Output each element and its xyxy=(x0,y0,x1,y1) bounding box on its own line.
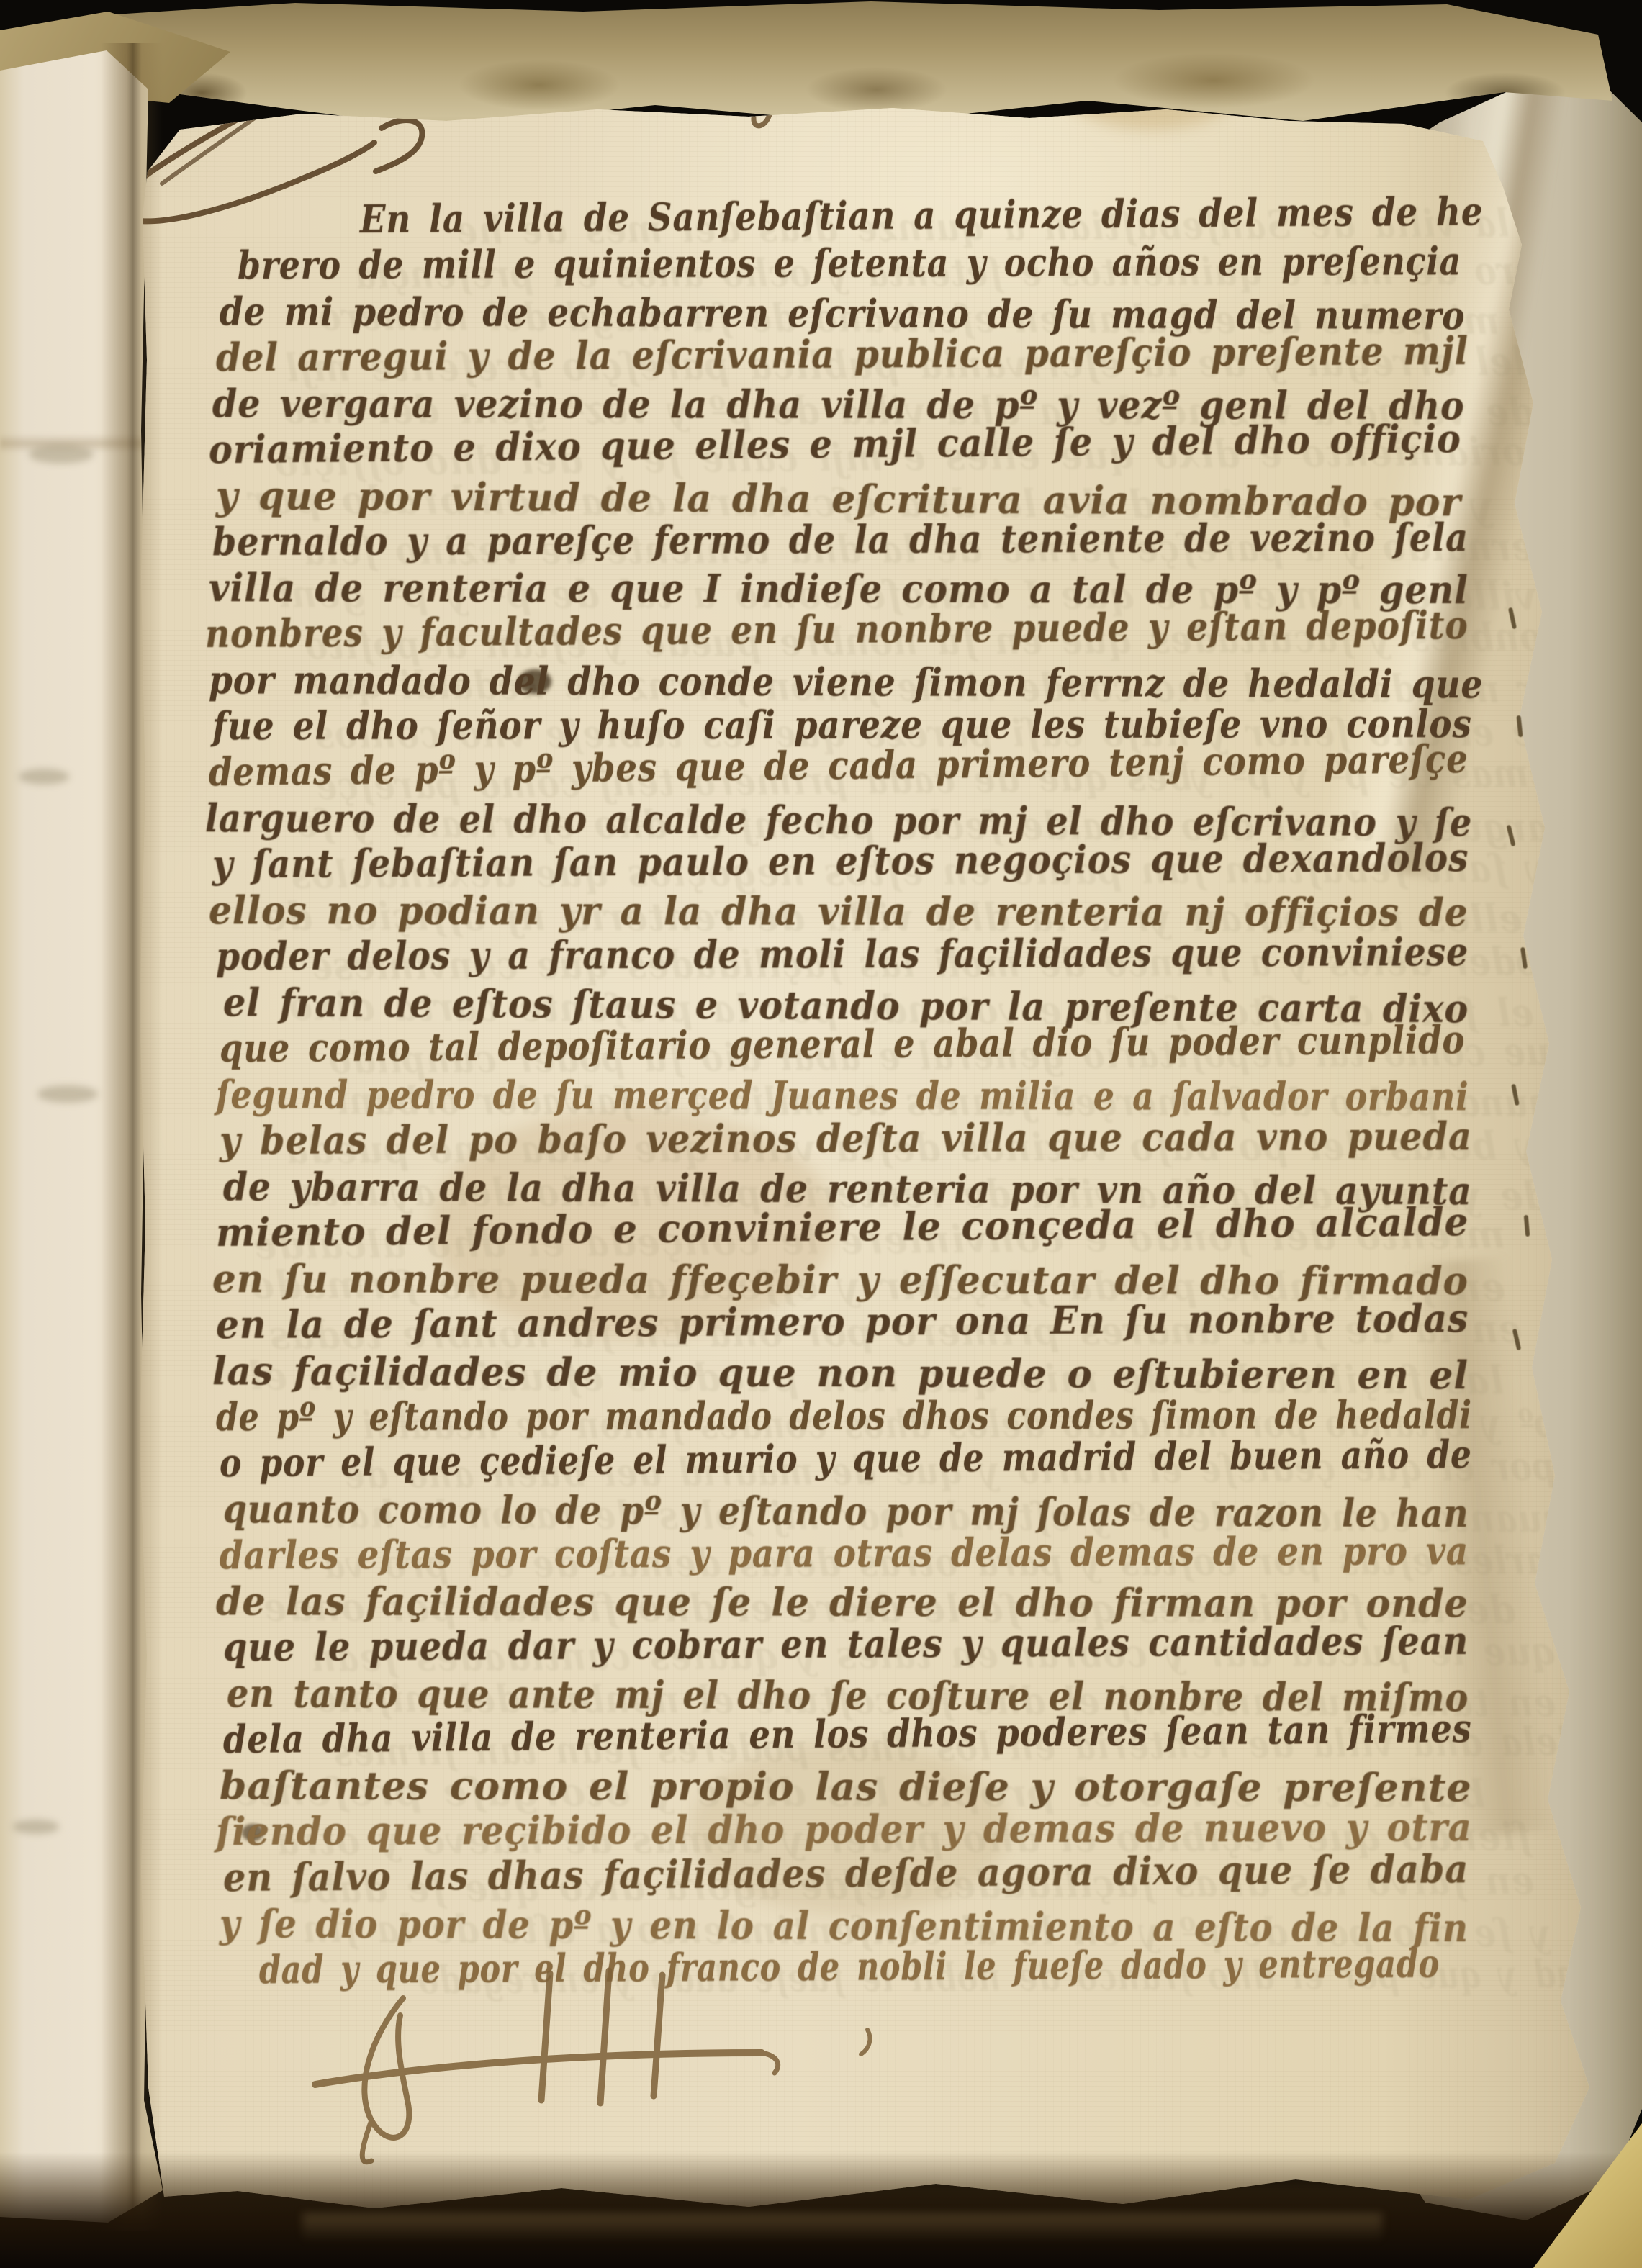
gutter-crease-shadow xyxy=(101,43,163,2231)
bottom-shadow-band xyxy=(0,2152,1642,2268)
bleed-mark xyxy=(37,1085,98,1103)
bleed-mark xyxy=(29,445,94,464)
bleed-mark xyxy=(19,769,69,785)
bottom-edge-highlight xyxy=(302,2213,1382,2242)
page-vignette xyxy=(0,0,1642,2268)
manuscript-folio-recto: En la villa de Sanſebaſtian a quinze dia… xyxy=(0,0,1642,2268)
manuscript-photo: En la villa de Sanſebaſtian a quinze dia… xyxy=(0,0,1642,2268)
bleed-mark xyxy=(13,1820,59,1834)
